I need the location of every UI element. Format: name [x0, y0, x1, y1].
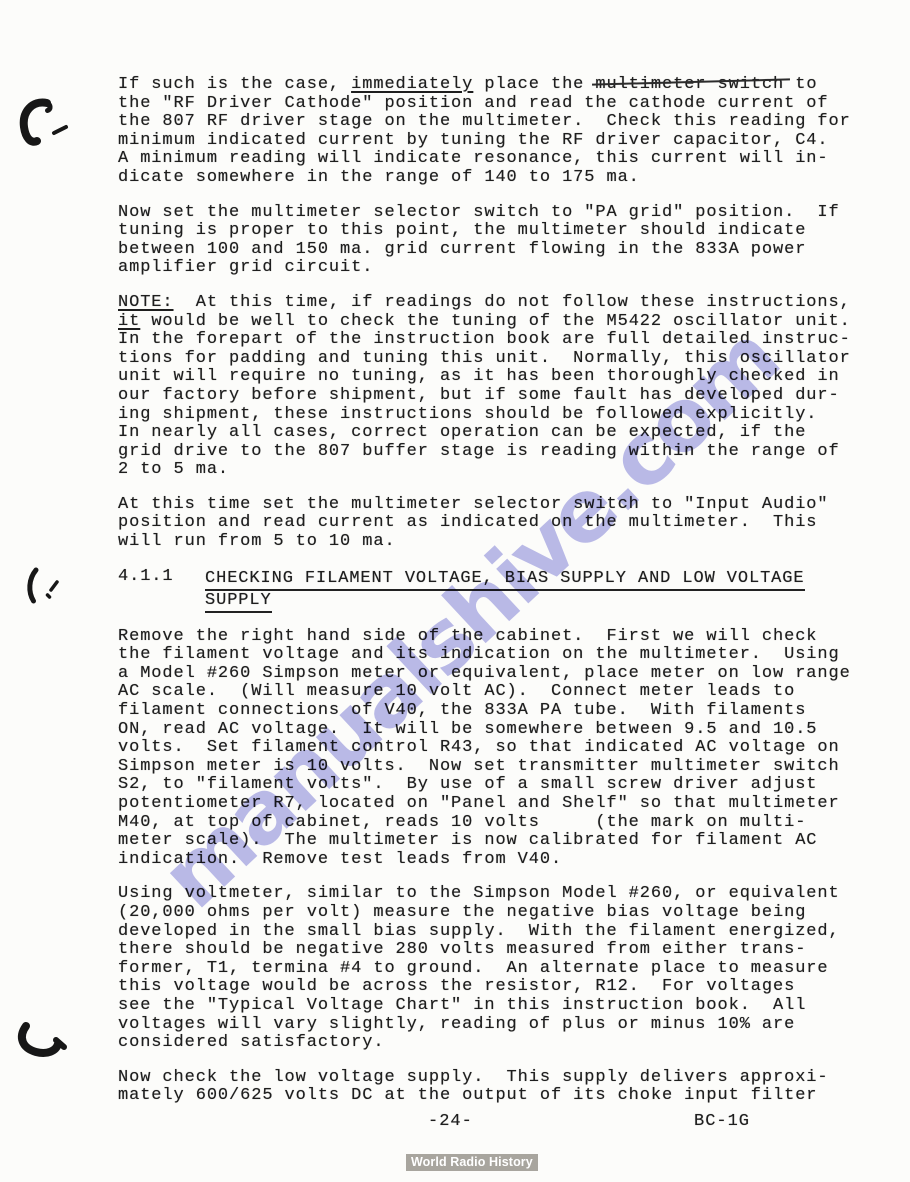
ink-mark [16, 96, 72, 154]
paragraph: Now check the low voltage supply. This s… [118, 1069, 888, 1106]
world-radio-history-badge: World Radio History [406, 1154, 538, 1171]
page-number: -24- [428, 1112, 473, 1131]
ink-mark [20, 566, 66, 610]
paragraph: Using voltmeter, similar to the Simpson … [118, 885, 888, 1052]
document-body: If such is the case, immediately place t… [118, 76, 888, 1122]
paragraph: Remove the right hand side of the cabine… [118, 628, 888, 870]
ink-mark [14, 1020, 72, 1066]
section-number: 4.1.1 [118, 568, 205, 613]
paragraph: At this time set the multimeter selector… [118, 496, 888, 552]
paragraph: NOTE: At this time, if readings do not f… [118, 294, 888, 480]
section-heading: 4.1.1CHECKING FILAMENT VOLTAGE, BIAS SUP… [118, 568, 888, 613]
paragraph: Now set the multimeter selector switch t… [118, 204, 888, 278]
paragraph: If such is the case, immediately place t… [118, 76, 888, 188]
document-code: BC-1G [694, 1112, 750, 1131]
scanned-manual-page: If such is the case, immediately place t… [0, 0, 910, 1182]
